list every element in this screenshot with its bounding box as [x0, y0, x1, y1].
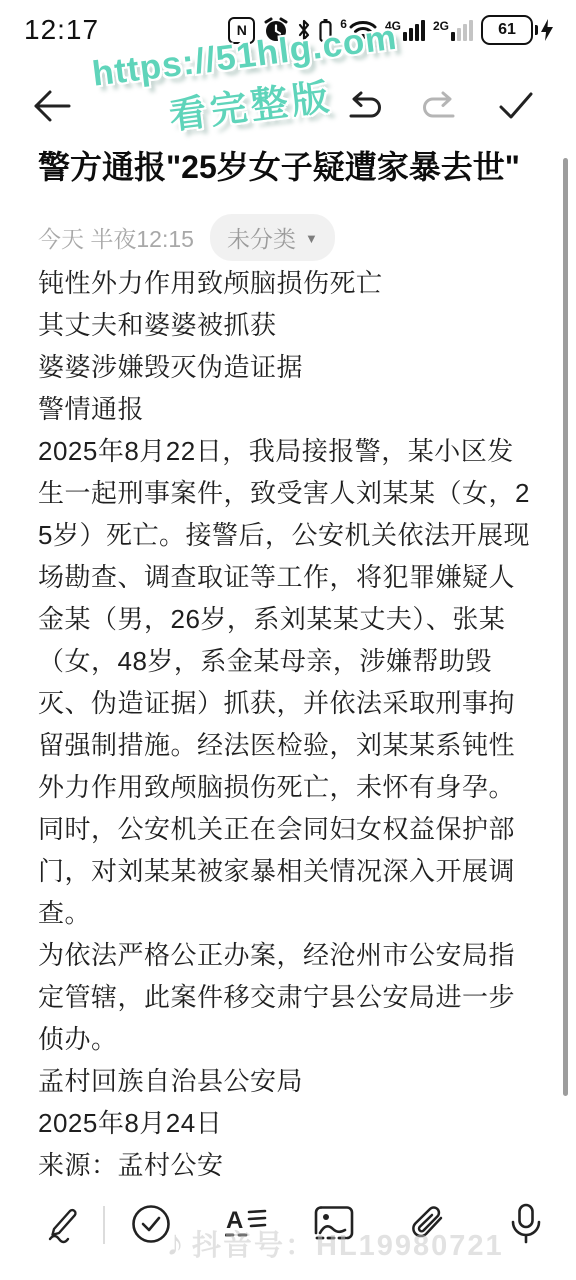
body-paragraph: 为依法严格公正办案，经沧州市公安局指定管辖，此案件移交肃宁县公安局进一步侦办。: [38, 934, 530, 1060]
chevron-down-icon: ▼: [305, 231, 318, 246]
battery-indicator: 61: [481, 15, 554, 45]
body-line: 婆婆涉嫌毁灭伪造证据: [38, 346, 530, 388]
text-format-button[interactable]: A: [222, 1200, 270, 1248]
bluetooth-icon: [297, 18, 311, 42]
clock-time: 12:17: [24, 14, 99, 46]
body-line: 孟村回族自治县公安局: [38, 1060, 530, 1102]
note-title[interactable]: 警方通报"25岁女子疑遭家暴去世": [38, 146, 538, 189]
body-line: 钝性外力作用致颅脑损伤死亡: [38, 262, 530, 304]
note-body-editor[interactable]: 钝性外力作用致颅脑损伤死亡 其丈夫和婆婆被抓获 婆婆涉嫌毁灭伪造证据 警情通报 …: [38, 262, 530, 1186]
body-line: 其丈夫和婆婆被抓获: [38, 304, 530, 346]
note-timestamp: 今天 半夜12:15: [38, 221, 194, 254]
redo-button[interactable]: [418, 84, 462, 128]
wifi6-icon: 6: [340, 18, 377, 42]
format-toolbar: A: [0, 1192, 576, 1268]
category-label: 未分类: [227, 221, 296, 254]
nfc-icon: N: [228, 17, 255, 44]
undo-button[interactable]: [342, 84, 386, 128]
body-line: 2025年8月24日: [38, 1102, 530, 1144]
category-selector[interactable]: 未分类 ▼: [210, 214, 335, 261]
body-paragraph: 2025年8月22日，我局接报警，某小区发生一起刑事案件，致受害人刘某某（女，2…: [38, 430, 530, 934]
charging-bolt-icon: [540, 18, 554, 42]
body-line: 来源：孟村公安: [38, 1144, 530, 1186]
device-battery-icon: [319, 18, 332, 42]
toolbar-divider: [103, 1206, 105, 1244]
svg-text:A: A: [226, 1207, 243, 1234]
alarm-icon: [263, 17, 289, 43]
signal-4g-icon: 4G: [385, 20, 425, 41]
voice-record-button[interactable]: [502, 1200, 550, 1248]
note-meta: 今天 半夜12:15 未分类 ▼: [38, 214, 335, 261]
body-line: 警情通报: [38, 388, 530, 430]
back-button[interactable]: [30, 84, 74, 128]
handwriting-pen-button[interactable]: [40, 1200, 88, 1248]
battery-percent: 61: [481, 15, 533, 45]
signal-2g-icon: 2G: [433, 20, 473, 41]
status-icons: N 6: [228, 15, 554, 45]
editor-nav-bar: [0, 78, 576, 134]
status-bar: 12:17 N 6: [0, 0, 576, 54]
insert-image-button[interactable]: [310, 1200, 358, 1248]
scrollbar-thumb[interactable]: [563, 158, 568, 1096]
checklist-button[interactable]: [127, 1200, 175, 1248]
save-note-button[interactable]: [494, 84, 538, 128]
attachment-button[interactable]: [404, 1200, 452, 1248]
